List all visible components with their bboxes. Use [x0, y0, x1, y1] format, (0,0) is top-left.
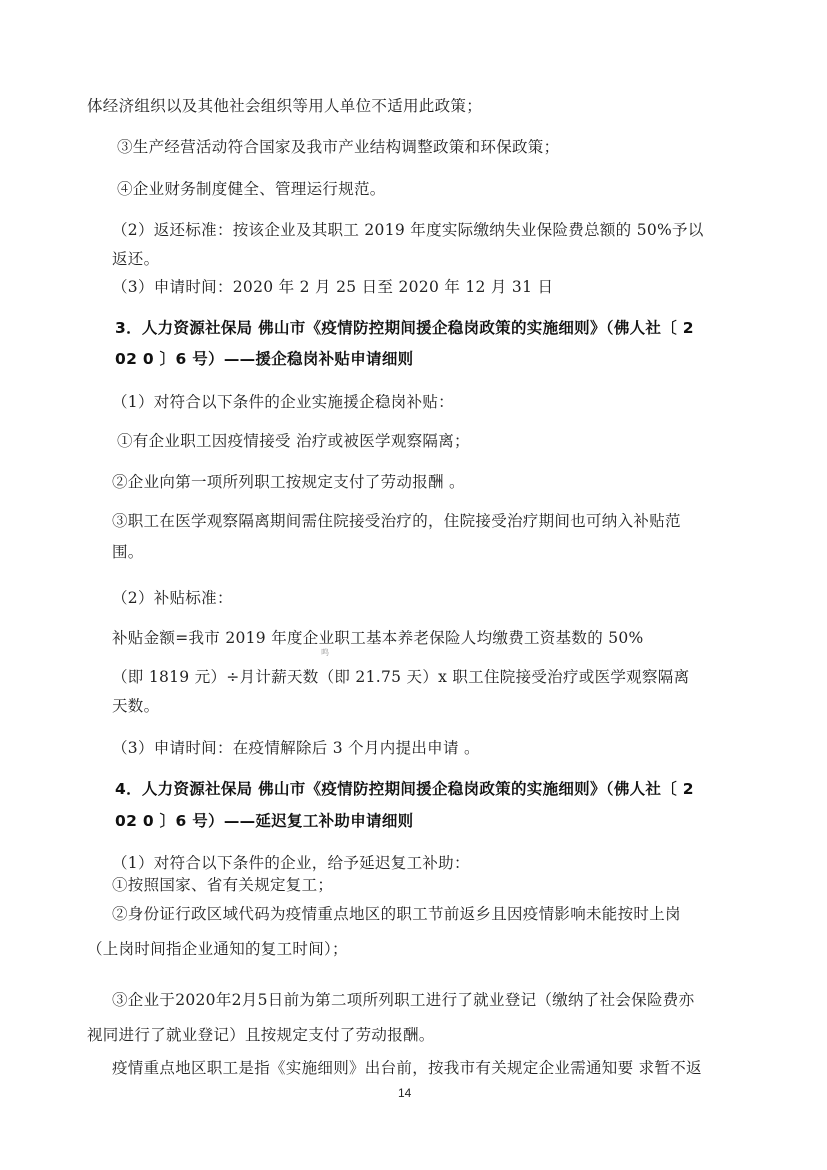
section-heading-line: 02 0 〕6 号）——援企稳岗补贴申请细则	[115, 349, 413, 369]
paragraph-line: ③生产经营活动符合国家及我市产业结构调整政策和环保政策；	[117, 137, 559, 157]
paragraph-line: （1）对符合以下条件的企业实施援企稳岗补贴：	[112, 392, 454, 412]
paragraph-line: 疫情重点地区职工是指《实施细则》出台前，按我市有关规定企业需通知要 求暂不返	[112, 1058, 702, 1078]
paragraph-line: ④企业财务制度健全、管理运行规范。	[117, 179, 386, 199]
paragraph-line: ②企业向第一项所列职工按规定支付了劳动报酬 。	[112, 472, 465, 492]
paragraph-line: 围。	[112, 542, 144, 562]
paragraph-line: ③职工在医学观察隔离期间需住院接受治疗的，住院接受治疗期间也可纳入补贴范	[112, 511, 681, 531]
page-number: 14	[398, 1086, 411, 1100]
paragraph-line: 补贴金额=我市 2019 年度企业职工基本养老保险人均缴费工资基数的 50%	[112, 628, 644, 648]
paragraph-line: 返还。	[112, 249, 159, 269]
paragraph-line: （3）申请时间：2020 年 2 月 25 日至 2020 年 12 月 31 …	[112, 277, 553, 297]
paragraph-line: （2）补贴标准：	[112, 588, 233, 608]
paragraph-line: （即 1819 元）÷月计薪天数（即 21.75 天）x 职工住院接受治疗或医学…	[112, 667, 689, 687]
section-heading-line: 3．人力资源社保局 佛山市《疫情防控期间援企稳岗政策的实施细则》（佛人社〔 2	[115, 318, 694, 338]
paragraph-line: （3）申请时间：在疫情解除后 3 个月内提出申请 。	[112, 738, 480, 758]
paragraph-line: ①有企业职工因疫情接受 治疗或被医学观察隔离；	[117, 431, 470, 451]
scan-artifact-mark: 鸣	[321, 647, 329, 658]
section-heading-line: 4．人力资源社保局 佛山市《疫情防控期间援企稳岗政策的实施细则》（佛人社〔 2	[115, 779, 694, 799]
paragraph-line: （上岗时间指企业通知的复工时间）；	[87, 939, 348, 959]
paragraph-line: 天数。	[112, 696, 159, 716]
paragraph-line: 视同进行了就业登记）且按规定支付了劳动报酬。	[87, 1025, 435, 1045]
section-heading-line: 02 0 〕6 号）——延迟复工补助申请细则	[115, 811, 413, 831]
paragraph-line: ①按照国家、省有关规定复工；	[112, 875, 333, 895]
paragraph-line: （1）对符合以下条件的企业，给予延迟复工补助：	[112, 853, 470, 873]
paragraph-line: ②身份证行政区域代码为疫情重点地区的职工节前返乡且因疫情影响未能按时上岗	[112, 904, 681, 924]
paragraph-line: ③企业于2020年2月5日前为第二项所列职工进行了就业登记（缴纳了社会保险费亦	[112, 990, 694, 1010]
paragraph-line: 体经济组织以及其他社会组织等用人单位不适用此政策；	[87, 96, 482, 116]
paragraph-line: （2）返还标准：按该企业及其职工 2019 年度实际缴纳失业保险费总额的 50%…	[112, 220, 704, 240]
